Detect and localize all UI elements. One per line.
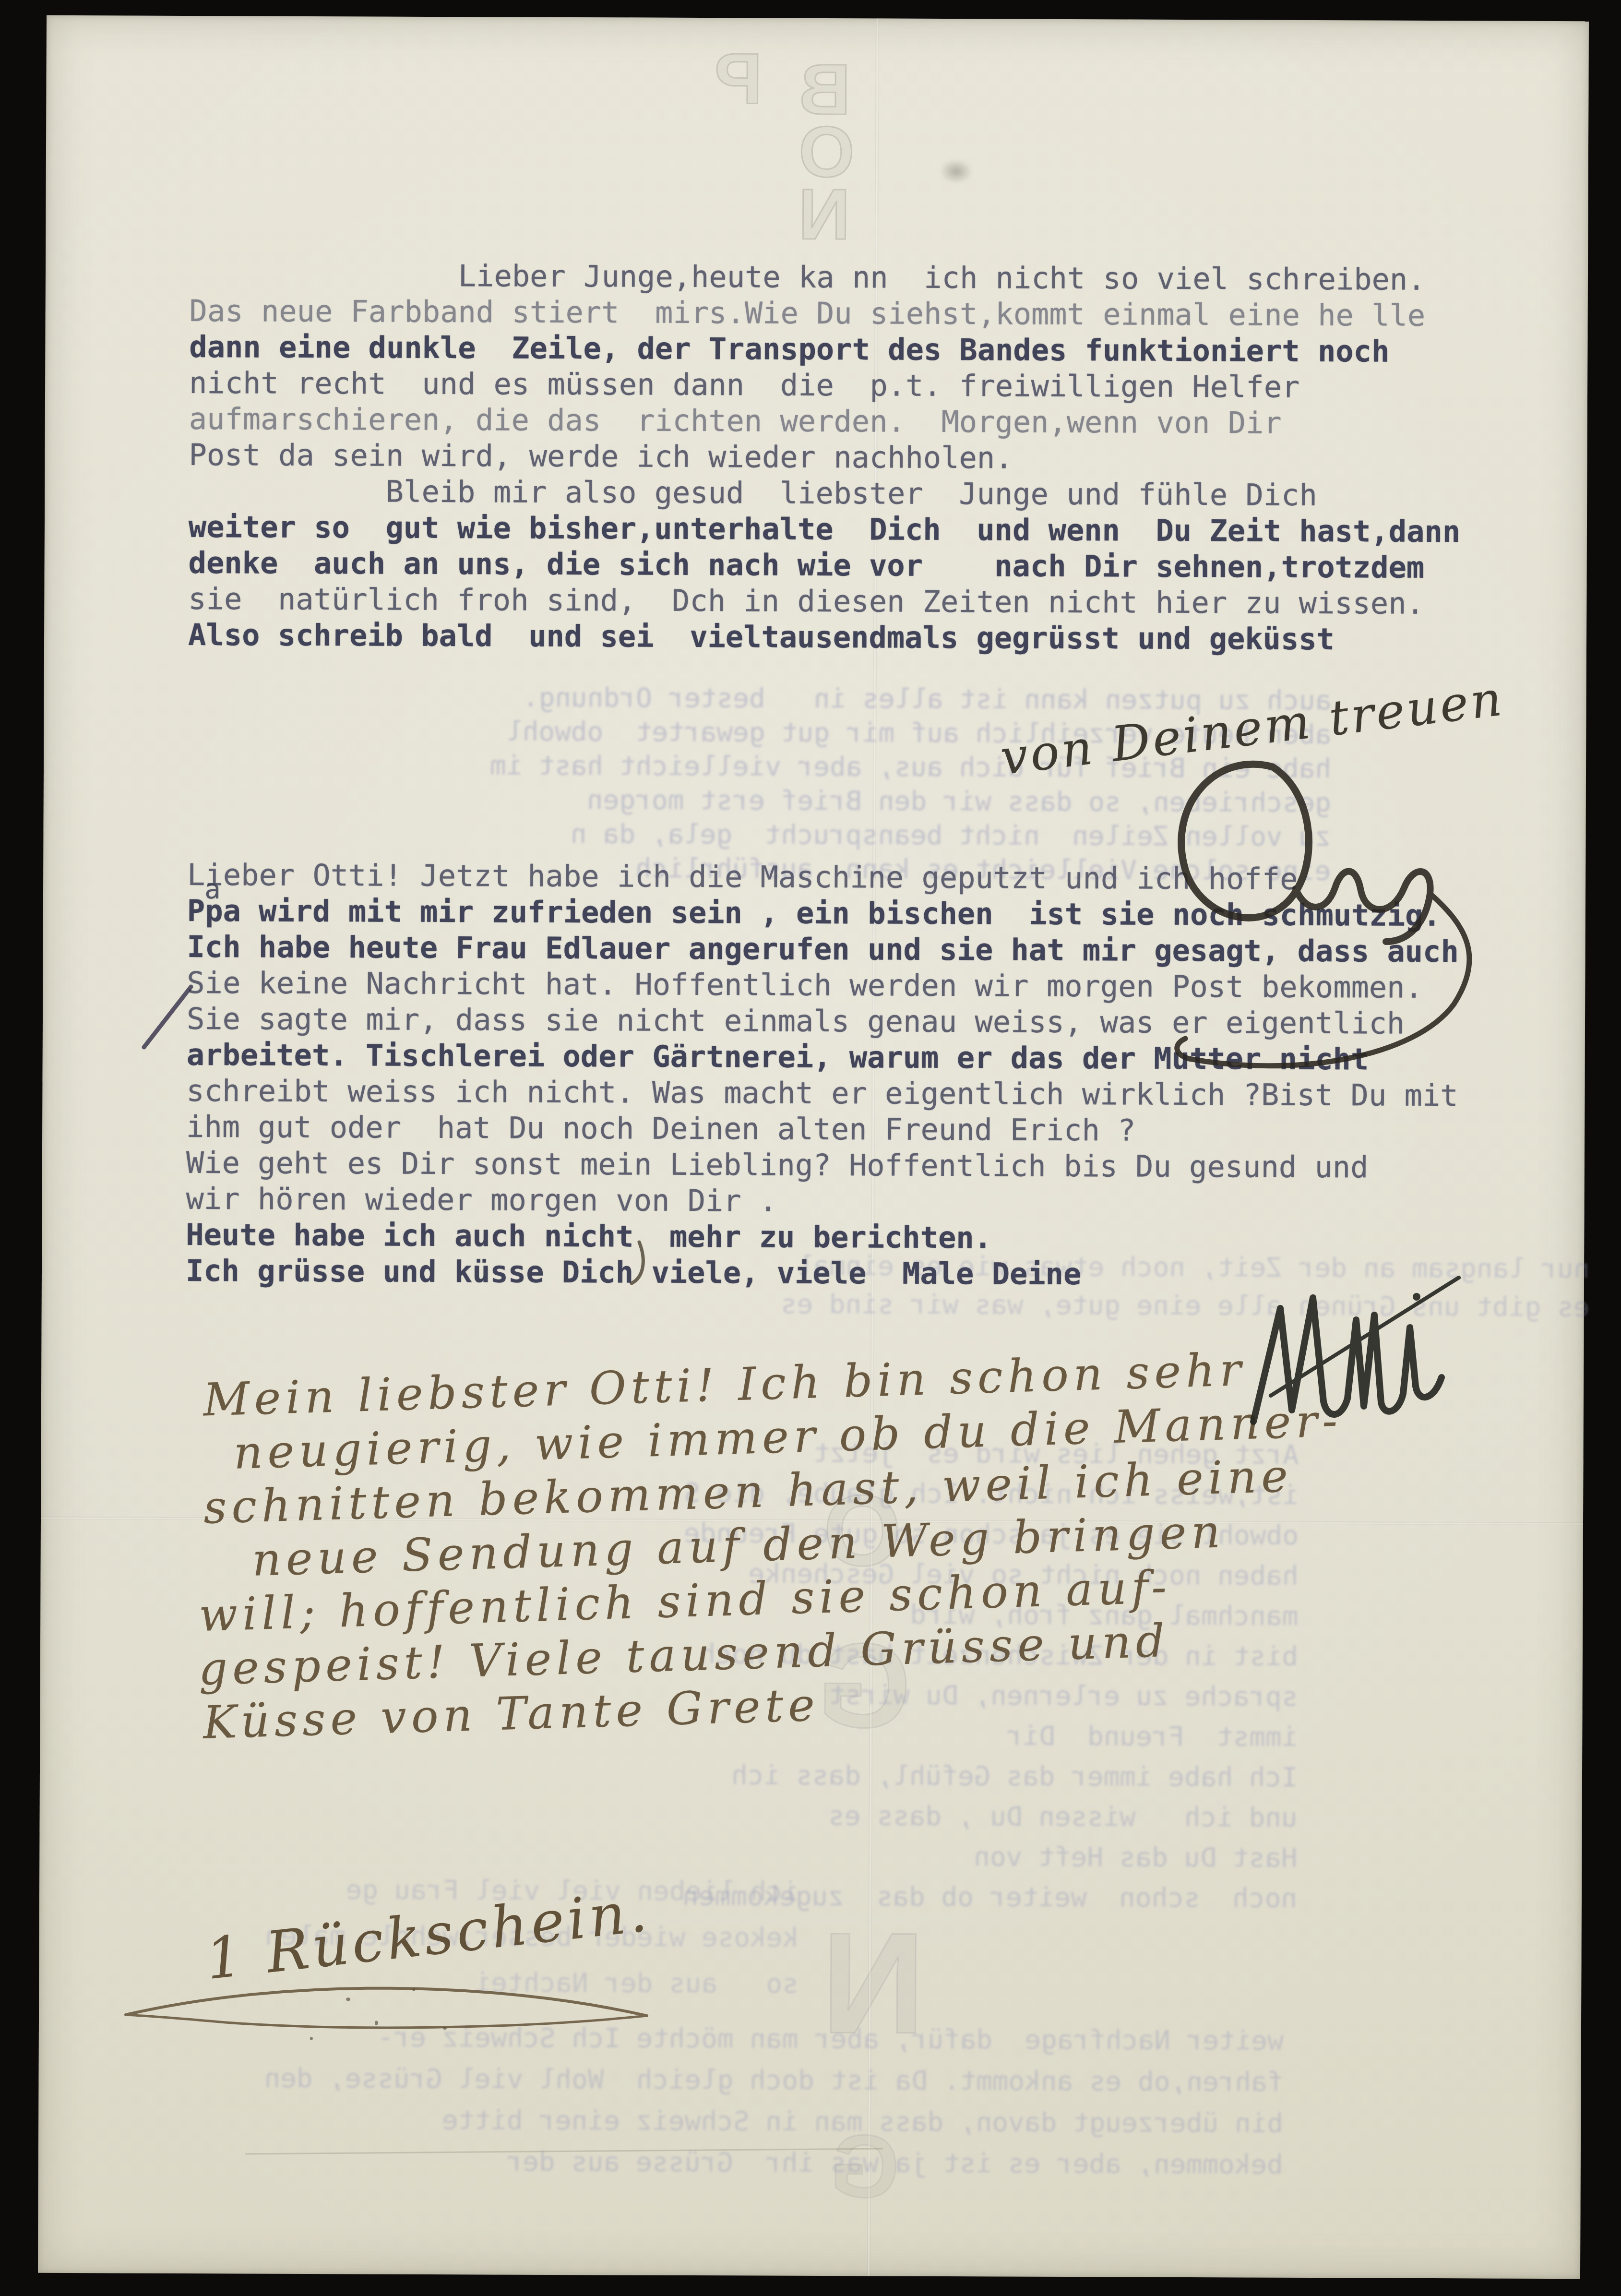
text-line: Ppa wird mit mir zufrieden sein , ein bi…	[187, 893, 1459, 933]
ink-speck	[412, 1988, 415, 1991]
text-line: N	[798, 173, 850, 256]
scan-background: PBONOGNG auch zu putzen kann ist alles i…	[0, 0, 1621, 2296]
text-line: Bleib mir also gesud liebster Junge und …	[189, 473, 1461, 514]
text-line: geschrieben, so dass wir den Brief erst …	[490, 782, 1331, 820]
text-line: Post da sein wird, werde ich wieder nach…	[189, 437, 1461, 478]
text-line: weiter Nachfrage dafür, aber man möchte …	[264, 2017, 1284, 2062]
text-line: denke auch an uns, die sich nach wie vor…	[189, 545, 1461, 586]
text-line: ihm gut oder hat Du noch Deinen alten Fr…	[186, 1109, 1458, 1149]
text-line: Heute habe ich auch nicht mehr zu berich…	[186, 1217, 1458, 1257]
text-line: sie natürlich froh sind, Dch in diesen Z…	[188, 581, 1460, 622]
text-line: fahren,ob es ankommt. Da ist doch gleich…	[264, 2058, 1283, 2103]
letter-paper: PBONOGNG auch zu putzen kann ist alles i…	[38, 15, 1589, 2279]
text-line: weiter so gut wie bisher,unterhalte Dich…	[189, 509, 1461, 550]
ink-speck	[443, 2027, 447, 2030]
text-line: wir hören wieder morgen von Dir .	[186, 1181, 1458, 1221]
text-line: Sie keine Nachricht hat. Hoffentlich wer…	[187, 965, 1459, 1005]
text-line: Ich habe immer das Gefühl, dass ich	[683, 1755, 1298, 1798]
typed-paragraph-father: Lieber Junge,heute ka nn ich nicht so vi…	[188, 257, 1461, 658]
watermark-ghost-letters: PBONOGNG	[47, 15, 1589, 21]
text-line: Ich habe heute Frau Edlauer angerufen un…	[187, 929, 1459, 969]
text-line: aufmarschieren, die das richten werden. …	[189, 401, 1461, 442]
text-line: P	[714, 37, 763, 120]
text-line: dann eine dunkle Zeile, der Transport de…	[189, 329, 1461, 370]
text-line: arbeitet. Tischlerei oder Gärtnerei, war…	[187, 1037, 1459, 1077]
handwritten-note-tante-grete: Mein liebster Otti! Ich bin schon sehrne…	[203, 1340, 1351, 1750]
text-line: Ich grüsse und küsse Dich viele, viele M…	[186, 1253, 1458, 1293]
bleedthrough-text: weiter Nachfrage dafür, aber man möchte …	[264, 2017, 1284, 2186]
text-line: nicht recht und es müssen dann die p.t. …	[189, 365, 1461, 406]
text-line: Sie sagte mir, dass sie nicht einmals ge…	[187, 1001, 1459, 1041]
text-line: Das neue Farbband stiert mirs.Wie Du sie…	[190, 293, 1462, 334]
ink-speck	[375, 2021, 378, 2025]
typed-paragraph-mother: Lieber Otti! Jetzt habe ich die Maschine…	[186, 857, 1459, 1293]
text-line: Also schreib bald und sei vieltausendmal…	[188, 617, 1460, 658]
text-line: Wie geht es Dir sonst mein Liebling? Hof…	[186, 1145, 1458, 1185]
text-line: schreibt weiss ich nicht. Was macht er e…	[186, 1073, 1458, 1113]
text-line: und ich wissen Du , dass es	[682, 1795, 1297, 1838]
ink-speck	[346, 1997, 350, 2001]
text-line: Lieber Otti! Jetzt habe ich die Maschine…	[187, 857, 1459, 897]
text-line: bin überzeugt davon, dass man in Schweiz…	[264, 2099, 1283, 2144]
text-line: zu vollen Zeilen nicht beansprucht gela,…	[489, 816, 1331, 854]
text-line: bekommen, aber es ist ja was ihr Grüsse …	[264, 2141, 1283, 2186]
ink-speck	[310, 2037, 313, 2040]
ink-smudge	[940, 159, 973, 184]
text-line: Lieber Junge,heute ka nn ich nicht so vi…	[190, 257, 1462, 298]
